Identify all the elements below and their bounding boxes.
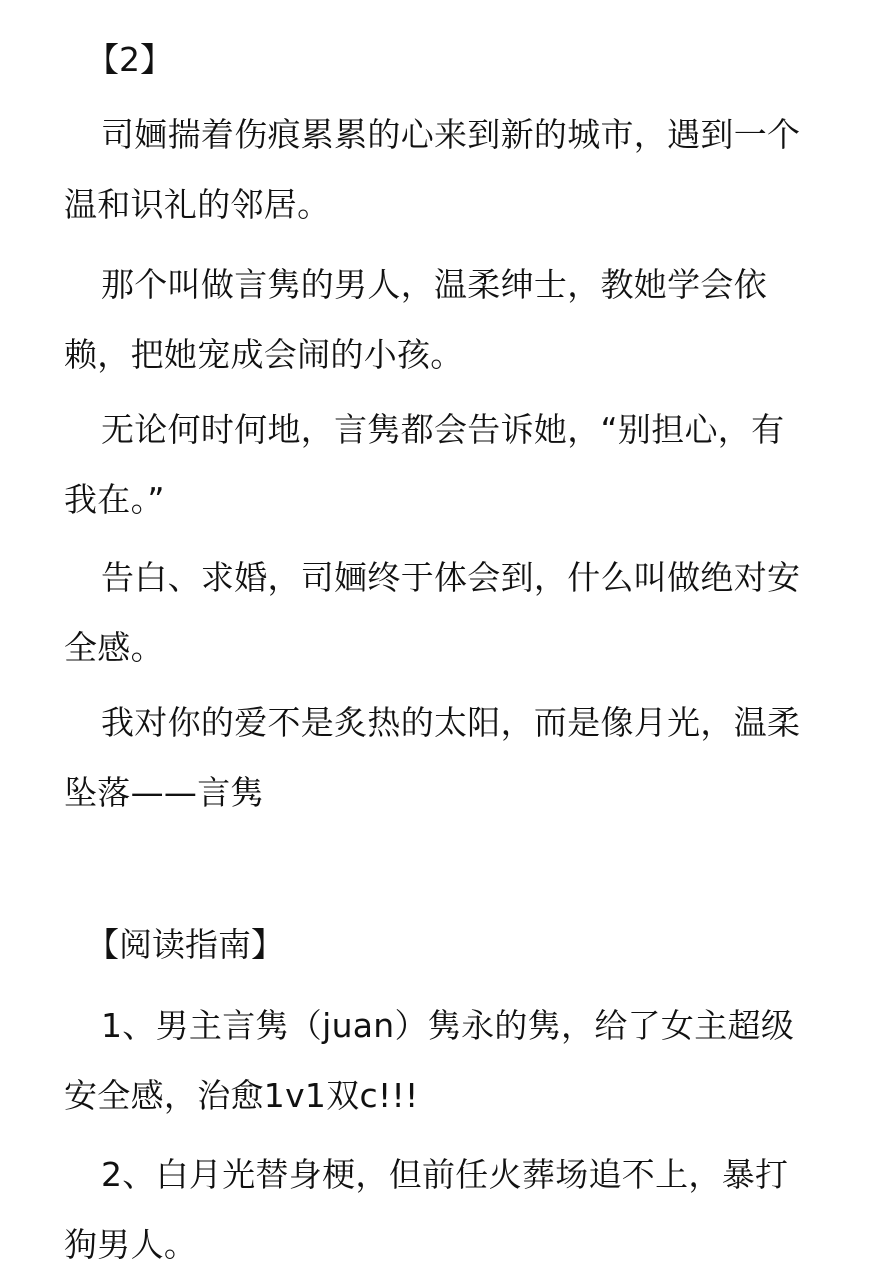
- document-page: 【2】 司婳揣着伤痕累累的心来到新的城市，遇到一个温和识礼的邻居。 那个叫做言隽…: [0, 0, 877, 1280]
- synopsis-paragraph-4: 告白、求婚，司婳终于体会到，什么叫做绝对安全感。: [64, 543, 814, 683]
- reading-guide-item-1: 1、男主言隽（juan）隽永的隽，给了女主超级安全感，治愈1v1双c!!!: [64, 991, 814, 1131]
- synopsis-quote: 我对你的爱不是炙热的太阳，而是像月光，温柔坠落——言隽: [64, 688, 814, 828]
- section-number-heading: 【2】: [86, 40, 173, 80]
- synopsis-paragraph-1: 司婳揣着伤痕累累的心来到新的城市，遇到一个温和识礼的邻居。: [64, 100, 814, 240]
- reading-guide-heading: 【阅读指南】: [86, 925, 284, 965]
- reading-guide-item-2: 2、白月光替身梗，但前任火葬场追不上，暴打狗男人。: [64, 1140, 814, 1280]
- synopsis-paragraph-3: 无论何时何地，言隽都会告诉她，“别担心，有我在。”: [64, 395, 814, 535]
- synopsis-paragraph-2: 那个叫做言隽的男人，温柔绅士，教她学会依赖，把她宠成会闹的小孩。: [64, 250, 814, 390]
